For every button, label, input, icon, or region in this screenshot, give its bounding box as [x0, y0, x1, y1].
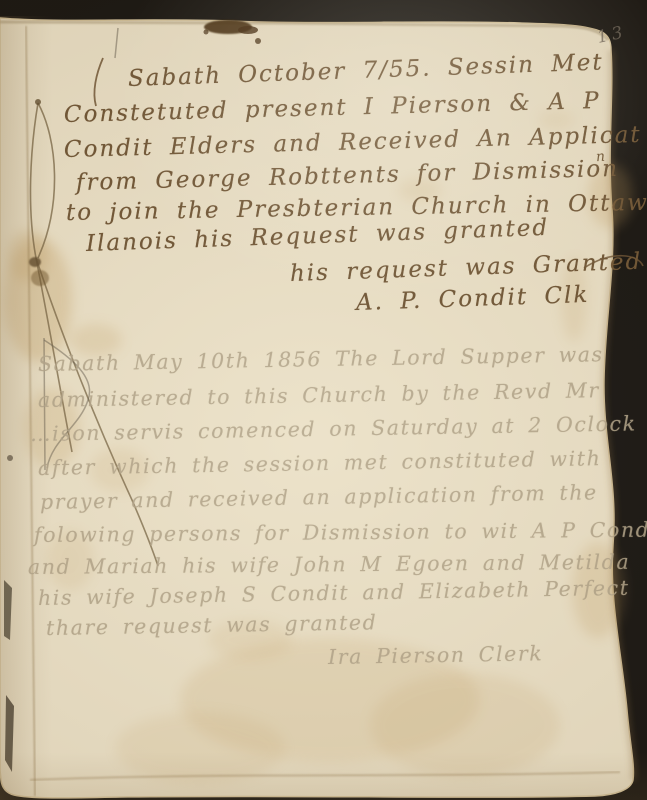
- book-page-scan: [0, 0, 647, 800]
- superscript-abbreviation: n: [595, 149, 605, 166]
- manuscript-photo: 13 Sabath October 7/55. Sessin MetConste…: [0, 0, 647, 800]
